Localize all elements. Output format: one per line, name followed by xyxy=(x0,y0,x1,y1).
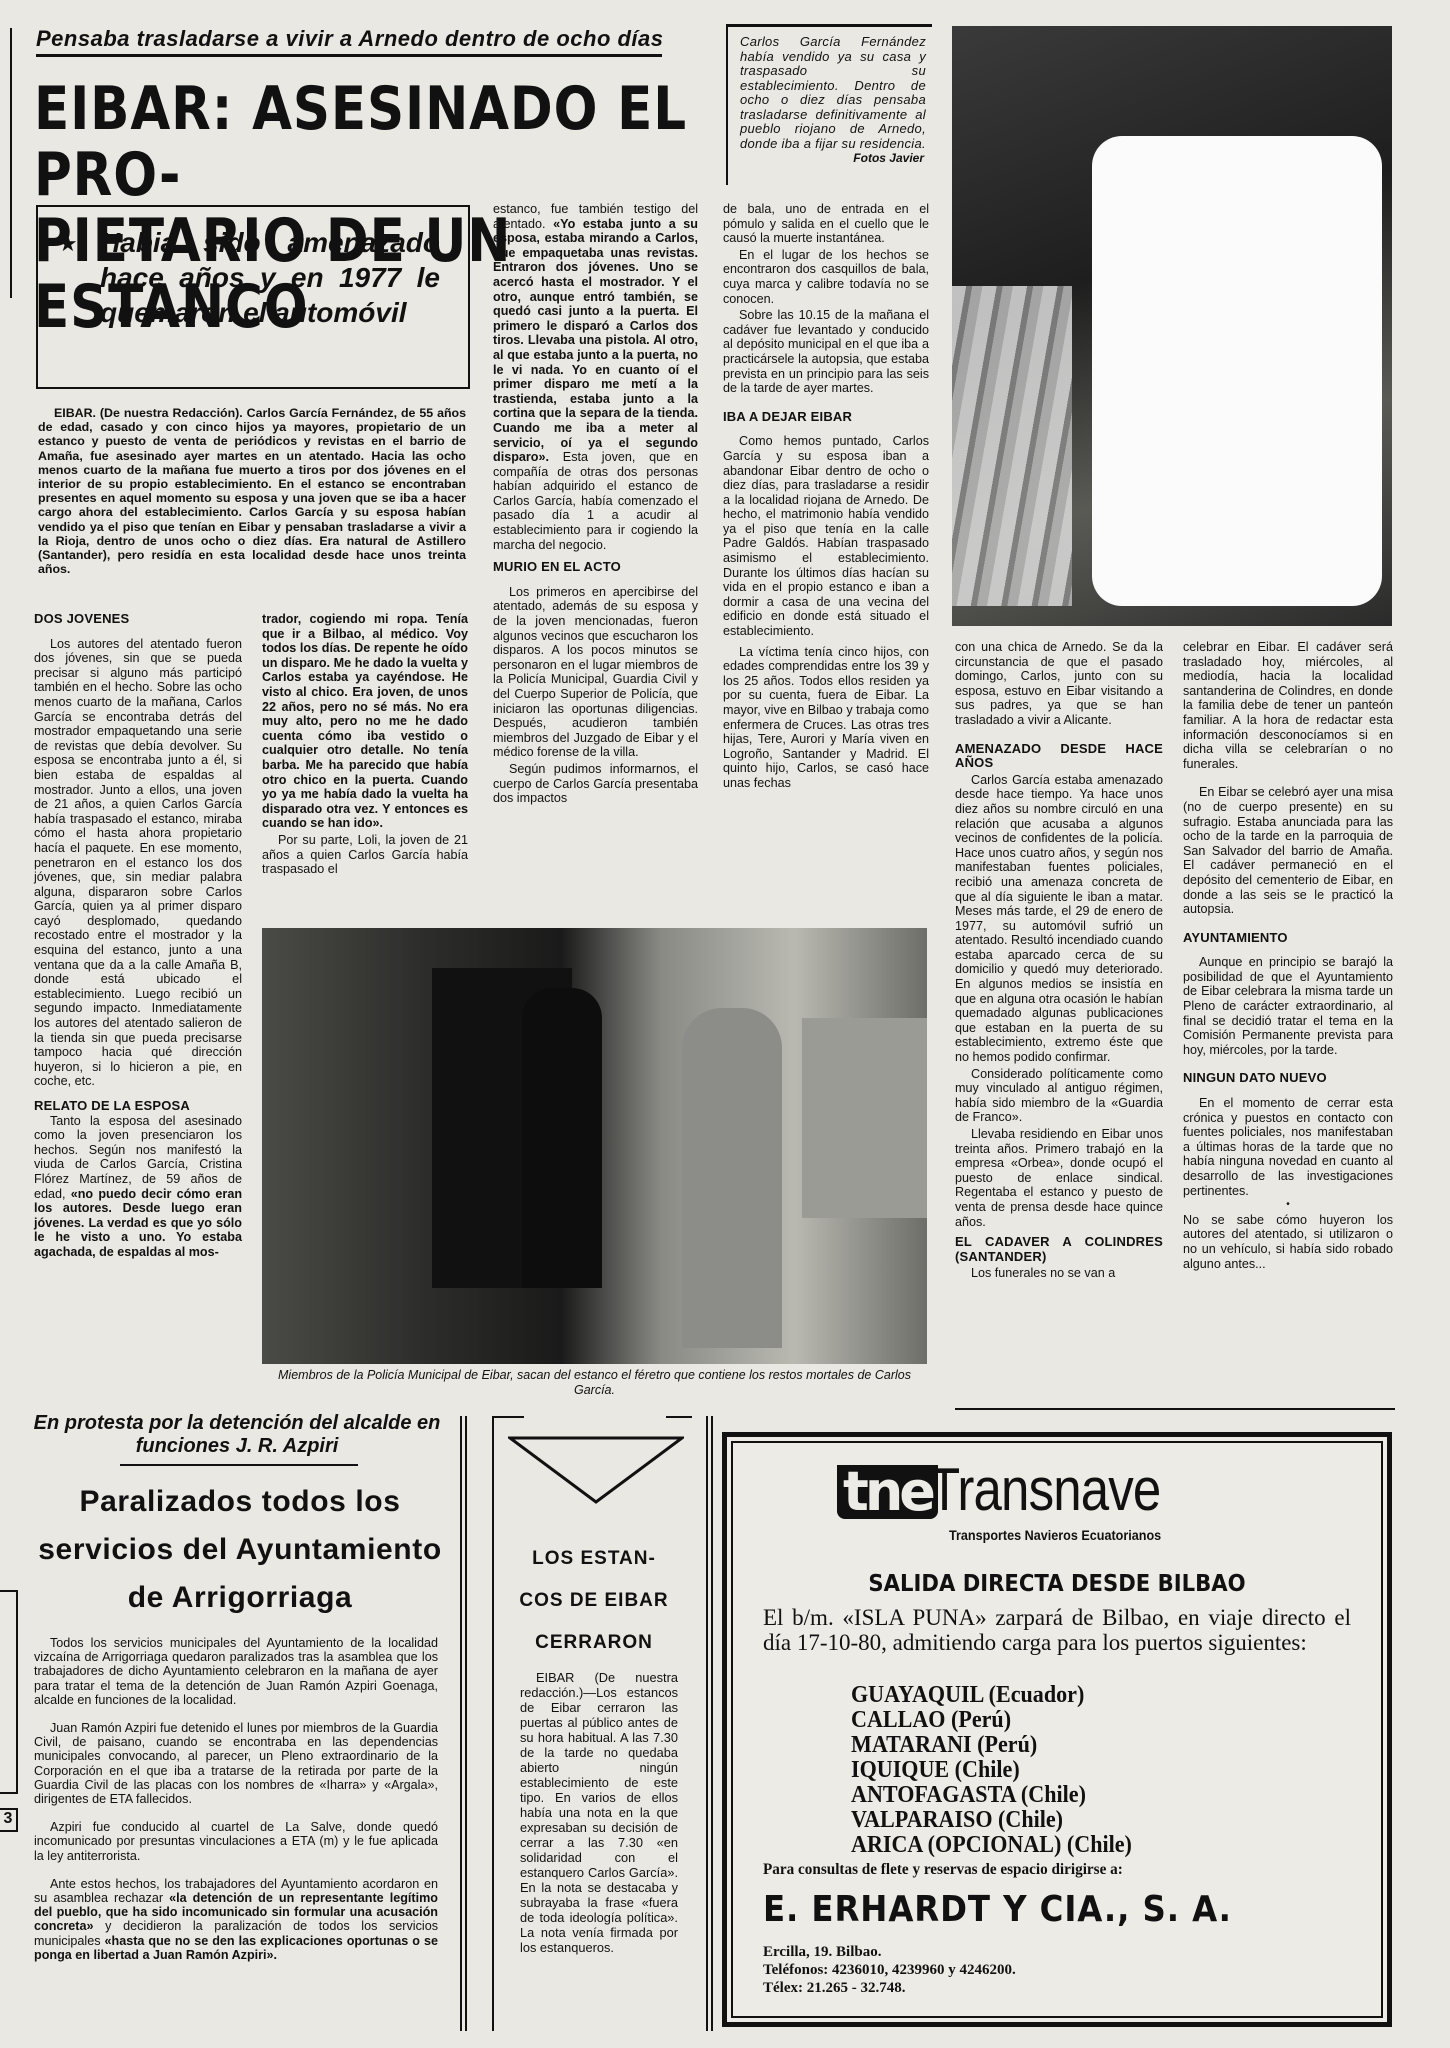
star-icon: ★ xyxy=(58,225,100,330)
column-1: DOS JOVENES Los autores del atentado fue… xyxy=(34,612,242,1260)
col5-p1: con una chica de Arnedo. Se da la circun… xyxy=(955,640,1163,728)
col3-plain-end: Esta joven, que en compañía de otras dos… xyxy=(493,450,698,552)
column-6: celebrar en Eibar. El cadáver será trasl… xyxy=(1183,640,1393,1271)
arrigorriaga-headline: Paralizados todos los servicios del Ayun… xyxy=(30,1478,450,1622)
photo-officer xyxy=(522,988,602,1288)
arrigorriaga-kicker-rule xyxy=(120,1464,358,1466)
subhead-relato-esposa: RELATO DE LA ESPOSA xyxy=(34,1099,242,1114)
ad-telex: Télex: 21.265 - 32.748. xyxy=(763,1979,1016,1997)
column-double-rule-3 xyxy=(706,1416,708,2031)
col6-p1: celebrar en Eibar. El cadáver será trasl… xyxy=(1183,640,1393,771)
arrigorriaga-p3: Azpiri fue conducido al cuartel de La Sa… xyxy=(34,1820,438,1863)
arrigorriaga-kicker: En protesta por la detención del alcalde… xyxy=(32,1412,442,1458)
subhead-ningun-dato: NINGUN DATO NUEVO xyxy=(1183,1071,1393,1086)
col5-p5: Los funerales no se van a xyxy=(955,1266,1163,1281)
arrigorriaga-body: Todos los servicios municipales del Ayun… xyxy=(34,1636,438,1962)
estancos-headline-line-2: COS DE EIBAR xyxy=(506,1580,682,1622)
port-item: ARICA (OPCIONAL) (Chile) xyxy=(851,1833,1132,1858)
port-item: ANTOFAGASTA (Chile) xyxy=(851,1783,1132,1808)
col3-p2: Los primeros en apercibirse del atentado… xyxy=(493,585,698,760)
estancos-headline-line-3: CERRARON xyxy=(506,1622,682,1664)
kicker-underline xyxy=(36,54,662,57)
ad-street: Ercilla, 19. Bilbao. xyxy=(763,1943,1016,1961)
lede-text: EIBAR. (De nuestra Redacción). Carlos Ga… xyxy=(38,406,466,576)
port-item: VALPARAISO (Chile) xyxy=(851,1808,1132,1833)
col3-p3: Según pudimos informarnos, el cuerpo de … xyxy=(493,762,698,806)
col1-p2: Tanto la esposa del asesinado como la jo… xyxy=(34,1114,242,1260)
deck-box: ★ Habia sido amenazado hace años y en 19… xyxy=(36,205,470,389)
box-top-right-tick xyxy=(666,1416,692,1418)
port-item: MATARANI (Perú) xyxy=(851,1733,1132,1758)
main-story-kicker: Pensaba trasladarse a vivir a Arnedo den… xyxy=(36,26,676,52)
lede-paragraph: EIBAR. (De nuestra Redacción). Carlos Ga… xyxy=(38,406,466,576)
column-double-rule-4 xyxy=(711,1416,713,2031)
top-photo-caption-box: Carlos García Fernández había vendido ya… xyxy=(726,24,932,185)
transnave-brand: Transnave xyxy=(929,1459,1160,1521)
col4-p2: En el lugar de los hechos se encontraron… xyxy=(723,248,929,306)
col6-p4: En el momento de cerrar esta crónica y p… xyxy=(1183,1096,1393,1198)
col4-p5: La víctima tenía cinco hijos, con edades… xyxy=(723,645,929,791)
photo-redaction xyxy=(1092,136,1382,606)
col3-quote: «Yo estaba junto a su esposa, estaba mir… xyxy=(493,217,698,465)
subhead-ayuntamiento: AYUNTAMIENTO xyxy=(1183,931,1393,946)
col6-p5: No se sabe cómo huyeron los autores del … xyxy=(1183,1213,1393,1271)
photo-man xyxy=(682,1008,782,1348)
col4-p1: de bala, uno de entrada en el pómulo y s… xyxy=(723,202,929,246)
page-number: 3 xyxy=(0,1808,18,1832)
column-2: trador, cogiendo mi ropa. Tenía que ir a… xyxy=(262,612,468,877)
col6-p3: Aunque en principio se barajó la posibil… xyxy=(1183,955,1393,1057)
bottom-photo-coffin xyxy=(262,928,927,1364)
ad-phones: Teléfonos: 4236010, 4239960 y 4246200. xyxy=(763,1961,1016,1979)
col2-p2: Por su parte, Loli, la joven de 21 años … xyxy=(262,833,468,877)
column-double-rule-2 xyxy=(465,1416,467,2031)
port-item: GUAYAQUIL (Ecuador) xyxy=(851,1683,1132,1708)
col5-p4: Llevaba residiendo en Eibar unos treinta… xyxy=(955,1127,1163,1229)
subhead-murio-acto: MURIO EN EL ACTO xyxy=(493,560,698,575)
col3-p1: estanco, fue también testigo del atentad… xyxy=(493,202,698,552)
arrigorriaga-p2: Juan Ramón Azpiri fue detenido el lunes … xyxy=(34,1721,438,1806)
ad-headline: SALIDA DIRECTA DESDE BILBAO xyxy=(753,1571,1360,1597)
bottom-photo-caption: Miembros de la Policía Municipal de Eiba… xyxy=(262,1368,927,1398)
photo-car xyxy=(802,1018,927,1218)
col2-quote: trador, cogiendo mi ropa. Tenía que ir a… xyxy=(262,612,468,831)
ad-company-name: E. ERHARDT Y CIA., S. A. xyxy=(763,1889,1232,1930)
transnave-logo: tne xyxy=(837,1465,938,1519)
column-5: con una chica de Arnedo. Se da la circun… xyxy=(955,640,1163,1281)
subhead-iba-dejar-eibar: IBA A DEJAR EIBAR xyxy=(723,410,929,425)
col4-p3: Sobre las 10.15 de la mañana el cadáver … xyxy=(723,308,929,396)
box-top-left-tick xyxy=(494,1416,524,1418)
column-4: de bala, uno de entrada en el pómulo y s… xyxy=(723,202,929,791)
estancos-box: LOS ESTAN- COS DE EIBAR CERRARON EIBAR (… xyxy=(492,1416,690,2031)
tne-logo-mark: tne xyxy=(837,1465,938,1519)
col6-p2: En Eibar se celebró ayer una misa (no de… xyxy=(1183,785,1393,916)
subhead-dos-jovenes: DOS JOVENES xyxy=(34,612,242,627)
estancos-headline: LOS ESTAN- COS DE EIBAR CERRARON xyxy=(506,1538,682,1664)
estancos-body: EIBAR (De nuestra redacción.)—Los estanc… xyxy=(520,1670,678,1955)
arrigorriaga-p4: Ante estos hechos, los trabajadores del … xyxy=(34,1877,438,1962)
down-triangle-icon xyxy=(508,1436,684,1506)
estancos-headline-line-1: LOS ESTAN- xyxy=(506,1538,682,1580)
section-divider xyxy=(955,1408,1395,1410)
top-photo-newsstand xyxy=(952,26,1392,626)
transnave-brand-subtitle: Transportes Navieros Ecuatorianos xyxy=(949,1527,1161,1543)
left-margin-rule xyxy=(10,28,12,298)
col5-p2: Carlos García estaba amenazado desde hac… xyxy=(955,773,1163,1065)
col5-p3: Considerado políticamente como muy vincu… xyxy=(955,1067,1163,1125)
deck-text: Habia sido amenazado hace años y en 1977… xyxy=(100,225,440,330)
estancos-text: EIBAR (De nuestra redacción.)—Los estanc… xyxy=(520,1670,678,1955)
page-folio xyxy=(0,1590,18,1794)
ad-contact-intro: Para consultas de flete y reservas de es… xyxy=(763,1861,1123,1879)
ad-intro: El b/m. «ISLA PUNA» zarpará de Bilbao, e… xyxy=(763,1605,1351,1655)
column-3: estanco, fue también testigo del atentad… xyxy=(493,202,698,806)
col4-p4: Como hemos puntado, Carlos García y su e… xyxy=(723,434,929,638)
photo-magazines xyxy=(952,286,1072,606)
ports-list: GUAYAQUIL (Ecuador) CALLAO (Perú) MATARA… xyxy=(851,1683,1156,1858)
col1-p1: Los autores del atentado fueron dos jóve… xyxy=(34,637,242,1089)
subhead-cadaver-colindres: EL CADAVER A COLINDRES (SANTANDER) xyxy=(955,1235,1163,1264)
top-photo-caption: Carlos García Fernández había vendido ya… xyxy=(728,27,932,151)
port-item: CALLAO (Perú) xyxy=(851,1708,1132,1733)
ad-address: Ercilla, 19. Bilbao. Teléfonos: 4236010,… xyxy=(763,1943,1016,1997)
column-double-rule-1 xyxy=(460,1416,462,2031)
transnave-advertisement: tne Transnave Transportes Navieros Ecuat… xyxy=(722,1432,1392,2027)
photo-credit: Fotos Javier xyxy=(728,151,932,165)
port-item: IQUIQUE (Chile) xyxy=(851,1758,1132,1783)
subhead-amenazado: AMENAZADO DESDE HACE AÑOS xyxy=(955,742,1163,771)
headline-line-1: EIBAR: ASESINADO EL PRO- xyxy=(34,76,739,208)
arrigorriaga-p1: Todos los servicios municipales del Ayun… xyxy=(34,1636,438,1707)
separator-bullet: • xyxy=(1183,1198,1393,1213)
